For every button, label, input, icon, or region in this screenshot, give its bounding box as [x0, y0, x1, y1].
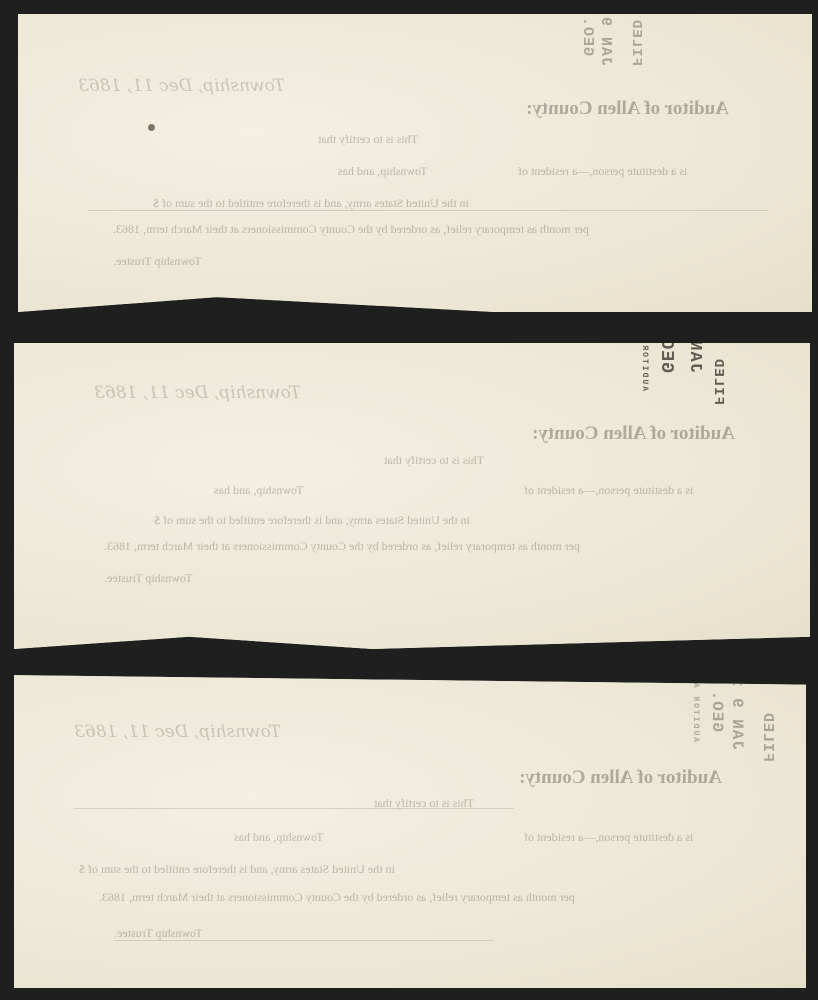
- filed-stamp-label: FILED: [710, 358, 726, 405]
- form-rule: [114, 940, 494, 941]
- filed-stamp-name: GEO. F. STINCHCOMB: [708, 672, 726, 732]
- handwritten-date-line: Township, Dec 11, 1863: [74, 722, 281, 742]
- document-heading: Auditor of Allen County:: [532, 423, 735, 445]
- township-has-line: Township, and has: [338, 164, 427, 179]
- relief-line: per month as temporary relief, as ordere…: [99, 890, 575, 905]
- resident-line: is a destitute person,—a resident of: [524, 830, 693, 845]
- certify-line: This is to certify that: [384, 453, 484, 468]
- relief-line: per month as temporary relief, as ordere…: [113, 222, 589, 237]
- relief-line: per month as temporary relief, as ordere…: [104, 539, 580, 554]
- handwritten-date-line: Township, Dec 11, 1863: [94, 383, 301, 403]
- document-heading: Auditor of Allen County:: [526, 98, 729, 120]
- filed-stamp-date: JAN 9 1864: [597, 14, 614, 66]
- filed-stamp-date: JAN 9 1864: [728, 672, 746, 750]
- army-line: in the United States army, and is theref…: [153, 196, 469, 211]
- document-sheet-1: Township, Dec 11, 1863 Auditor of Allen …: [18, 14, 812, 312]
- certify-line: This is to certify that: [318, 132, 418, 147]
- township-has-line: Township, and has: [214, 483, 303, 498]
- army-line: in the United States army, and is theref…: [79, 862, 395, 877]
- document-heading: Auditor of Allen County:: [519, 767, 722, 789]
- form-rule: [74, 808, 514, 809]
- filed-stamp-label: FILED: [759, 712, 776, 762]
- resident-line: is a destitute person,—a resident of: [524, 483, 693, 498]
- filed-stamp-date: JAN 9 1864: [685, 343, 704, 373]
- document-sheet-3: Township, Dec 11, 1863 Auditor of Allen …: [14, 672, 806, 988]
- document-sheet-2: Township, Dec 11, 1863 Auditor of Allen …: [14, 343, 810, 649]
- filed-stamp-label: FILED: [628, 19, 644, 66]
- filed-stamp-sub: AUDITOR ALLEN COUNTY: [691, 672, 700, 742]
- army-line: in the United States army, and is theref…: [154, 513, 470, 528]
- filed-stamp-name: GEO. F. STINCHCOMB: [579, 14, 596, 56]
- trustee-line: Township Trustee.: [104, 571, 193, 586]
- handwritten-date-line: Township, Dec 11, 1863: [78, 76, 285, 96]
- filed-stamp-name: GEO. F. STINCHCOMB: [656, 343, 676, 373]
- resident-line: is a destitute person,—a resident of: [518, 164, 687, 179]
- ink-spot: [148, 124, 155, 131]
- township-has-line: Township, and has: [234, 830, 323, 845]
- filed-stamp-sub: AUDITOR ALLEN COUNTY: [640, 343, 649, 391]
- form-rule: [88, 210, 768, 211]
- trustee-line: Township Trustee.: [114, 926, 203, 941]
- trustee-line: Township Trustee.: [113, 254, 202, 269]
